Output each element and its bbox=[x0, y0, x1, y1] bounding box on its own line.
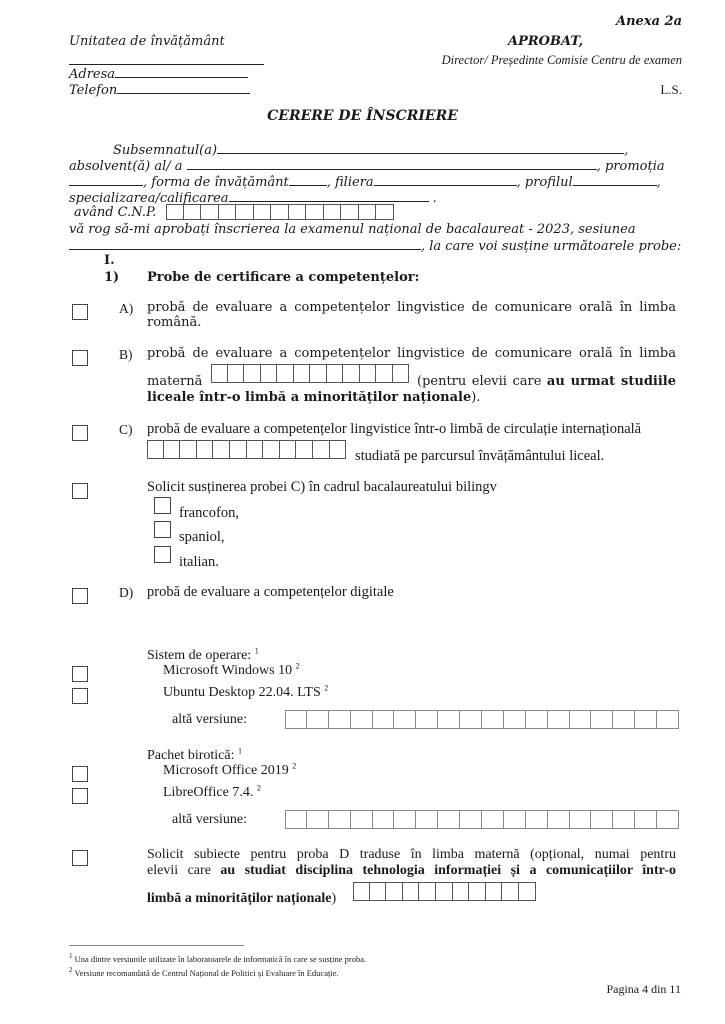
profile-field[interactable] bbox=[573, 174, 657, 186]
windows-label: Microsoft Windows 10 bbox=[163, 663, 292, 678]
char-box[interactable] bbox=[228, 364, 245, 383]
char-box[interactable] bbox=[526, 710, 548, 729]
education-form-label: , forma de învățământ bbox=[143, 175, 289, 190]
section-number: 1) bbox=[104, 270, 119, 285]
char-box[interactable] bbox=[373, 710, 395, 729]
char-box[interactable] bbox=[360, 364, 377, 383]
char-box[interactable] bbox=[184, 204, 202, 220]
ms-office-label: Microsoft Office 2019 bbox=[163, 763, 289, 778]
cnp-input[interactable] bbox=[166, 204, 394, 220]
char-box[interactable] bbox=[657, 710, 679, 729]
session-field[interactable] bbox=[69, 238, 421, 250]
char-box[interactable] bbox=[570, 810, 592, 829]
char-box[interactable] bbox=[289, 204, 307, 220]
char-box[interactable] bbox=[147, 440, 164, 459]
foreign-language-input[interactable] bbox=[147, 440, 346, 459]
option-francofon: francofon, bbox=[179, 505, 239, 522]
graduate-field[interactable] bbox=[187, 158, 597, 170]
translation-line2: elevii care au studiat disciplina tehnol… bbox=[147, 863, 676, 879]
char-box[interactable] bbox=[219, 204, 237, 220]
seal-label: L.S. bbox=[660, 82, 682, 98]
char-box[interactable] bbox=[635, 810, 657, 829]
translation-line1: Solicit subiecte pentru proba D traduse … bbox=[147, 847, 676, 863]
undersigned-label: Subsemnatul(a) bbox=[113, 143, 217, 158]
form-row: , forma de învățământ, filiera, profilul… bbox=[69, 174, 661, 190]
item-a-line1: probă de evaluare a competențelor lingvi… bbox=[147, 300, 676, 315]
translation-pre: elevii care bbox=[147, 863, 220, 878]
char-box[interactable] bbox=[327, 364, 344, 383]
char-box[interactable] bbox=[504, 810, 526, 829]
char-box[interactable] bbox=[482, 710, 504, 729]
char-box[interactable] bbox=[613, 810, 635, 829]
char-box[interactable] bbox=[263, 440, 280, 459]
footnote-1-mark: 1 bbox=[69, 952, 73, 960]
char-box[interactable] bbox=[635, 710, 657, 729]
os-label: Sistem de operare: 1 bbox=[147, 648, 259, 664]
char-box[interactable] bbox=[373, 810, 395, 829]
bilingual-text: Solicit susținerea probei C) în cadrul b… bbox=[147, 479, 497, 496]
char-box[interactable] bbox=[416, 710, 438, 729]
office-label: Pachet birotică: 1 bbox=[147, 748, 242, 764]
char-box[interactable] bbox=[403, 882, 420, 901]
ubuntu-footnote-ref: 2 bbox=[324, 683, 328, 692]
school-label: Unitatea de învățământ bbox=[69, 34, 225, 49]
char-box[interactable] bbox=[591, 710, 613, 729]
char-box[interactable] bbox=[230, 440, 247, 459]
track-label: , filiera bbox=[327, 175, 374, 190]
letter-d: D) bbox=[119, 585, 133, 601]
char-box[interactable] bbox=[285, 710, 307, 729]
address-row: Adresa bbox=[69, 66, 248, 82]
footnote-2-text: Versiune recomandată de Centrul Național… bbox=[74, 968, 338, 978]
libreoffice-footnote-ref: 2 bbox=[257, 783, 261, 792]
checkbox-c[interactable] bbox=[72, 425, 88, 441]
char-box[interactable] bbox=[351, 810, 373, 829]
page-number: Pagina 4 din 11 bbox=[606, 982, 681, 997]
checkbox-windows[interactable] bbox=[72, 666, 88, 682]
graduate-row: absolvent(ă) al/ a , promoția bbox=[69, 158, 665, 174]
graduate-label: absolvent(ă) al/ a bbox=[69, 159, 183, 174]
char-box[interactable] bbox=[164, 440, 181, 459]
section-heading: Probe de certificare a competențelor: bbox=[147, 270, 419, 285]
item-b-line1: probă de evaluare a competențelor lingvi… bbox=[147, 346, 676, 361]
checkbox-b[interactable] bbox=[72, 350, 88, 366]
char-box[interactable] bbox=[469, 882, 486, 901]
translation-language-input[interactable] bbox=[353, 882, 536, 901]
os-label-text: Sistem de operare: bbox=[147, 648, 251, 663]
char-box[interactable] bbox=[329, 710, 351, 729]
char-box[interactable] bbox=[376, 204, 394, 220]
char-box[interactable] bbox=[296, 440, 313, 459]
item-c-tail: studiată pe parcursul învățământului lic… bbox=[355, 448, 604, 465]
checkbox-ms-office[interactable] bbox=[72, 766, 88, 782]
item-b-line3: liceale într-o limbă a minorităților naț… bbox=[147, 390, 480, 405]
checkbox-d[interactable] bbox=[72, 588, 88, 604]
char-box[interactable] bbox=[419, 882, 436, 901]
checkbox-francofon[interactable] bbox=[154, 497, 171, 514]
char-box[interactable] bbox=[343, 364, 360, 383]
section-roman: I. bbox=[104, 253, 115, 268]
char-box[interactable] bbox=[313, 440, 330, 459]
office-other-label: altă versiune: bbox=[172, 812, 247, 828]
char-box[interactable] bbox=[370, 882, 387, 901]
school-field[interactable] bbox=[69, 64, 264, 65]
os-footnote-ref: 1 bbox=[255, 646, 259, 655]
translation-bold2: limbă a minorităților naționale bbox=[147, 891, 331, 906]
char-box[interactable] bbox=[394, 710, 416, 729]
footnote-2-mark: 2 bbox=[69, 966, 73, 974]
item-d-line1: probă de evaluare a competențelor digita… bbox=[147, 584, 394, 601]
specialization-field[interactable] bbox=[229, 190, 429, 202]
char-box[interactable] bbox=[353, 882, 370, 901]
maternal-language-input[interactable] bbox=[211, 364, 409, 383]
char-box[interactable] bbox=[436, 882, 453, 901]
char-box[interactable] bbox=[271, 204, 289, 220]
char-box[interactable] bbox=[277, 364, 294, 383]
checkbox-spaniol[interactable] bbox=[154, 521, 171, 538]
char-box[interactable] bbox=[438, 710, 460, 729]
session-row: , la care voi susține următoarele probe: bbox=[69, 238, 681, 254]
char-box[interactable] bbox=[280, 440, 297, 459]
translation-post: ) bbox=[331, 891, 336, 906]
promotion-label: , promoția bbox=[597, 159, 665, 174]
page-title: CERERE DE ÎNSCRIERE bbox=[0, 108, 725, 124]
char-box[interactable] bbox=[394, 810, 416, 829]
cnp-label: având C.N.P. bbox=[74, 205, 156, 220]
footnote-1-text: Una dintre versiunile utilizate în labor… bbox=[75, 954, 366, 964]
education-form-field[interactable] bbox=[289, 174, 327, 186]
footnote-1: 1 Una dintre versiunile utilizate în lab… bbox=[69, 952, 366, 964]
char-box[interactable] bbox=[324, 204, 342, 220]
char-box[interactable] bbox=[201, 204, 219, 220]
char-box[interactable] bbox=[504, 710, 526, 729]
char-box[interactable] bbox=[306, 204, 324, 220]
profile-label: , profilul bbox=[517, 175, 573, 190]
char-box[interactable] bbox=[460, 810, 482, 829]
char-box[interactable] bbox=[254, 204, 272, 220]
char-box[interactable] bbox=[247, 440, 264, 459]
char-box[interactable] bbox=[486, 882, 503, 901]
char-box[interactable] bbox=[213, 440, 230, 459]
translation-bold: au studiat disciplina tehnologia informa… bbox=[220, 863, 676, 878]
address-label: Adresa bbox=[69, 67, 115, 82]
os-option-ubuntu: Ubuntu Desktop 22.04. LTS 2 bbox=[163, 685, 328, 701]
phone-row: Telefon bbox=[69, 82, 250, 98]
char-box[interactable] bbox=[482, 810, 504, 829]
office-option-ms: Microsoft Office 2019 2 bbox=[163, 763, 296, 779]
annex-label: Anexa 2a bbox=[616, 14, 682, 29]
char-box[interactable] bbox=[294, 364, 311, 383]
phone-label: Telefon bbox=[69, 83, 117, 98]
char-box[interactable] bbox=[453, 882, 470, 901]
note-pre: (pentru elevii care bbox=[417, 374, 547, 389]
item-a-line2: română. bbox=[147, 315, 201, 330]
phone-field[interactable] bbox=[117, 82, 250, 94]
option-italian: italian. bbox=[179, 554, 219, 571]
char-box[interactable] bbox=[359, 204, 377, 220]
address-field[interactable] bbox=[115, 66, 248, 78]
char-box[interactable] bbox=[376, 364, 393, 383]
checkbox-bilingual[interactable] bbox=[72, 483, 88, 499]
checkbox-a[interactable] bbox=[72, 304, 88, 320]
char-box[interactable] bbox=[657, 810, 679, 829]
letter-b: B) bbox=[119, 347, 133, 363]
char-box[interactable] bbox=[211, 364, 228, 383]
office-other-input[interactable] bbox=[285, 810, 679, 829]
office-label-text: Pachet birotică: bbox=[147, 748, 234, 763]
undersigned-field[interactable] bbox=[217, 142, 624, 154]
char-box[interactable] bbox=[548, 810, 570, 829]
footnote-separator bbox=[69, 945, 244, 946]
request-tail: , la care voi susține următoarele probe: bbox=[421, 239, 681, 254]
char-box[interactable] bbox=[330, 440, 347, 459]
footnote-2: 2 Versiune recomandată de Centrul Națion… bbox=[69, 966, 339, 978]
office-option-libre: LibreOffice 7.4. 2 bbox=[163, 785, 261, 801]
char-box[interactable] bbox=[393, 364, 410, 383]
char-box[interactable] bbox=[526, 810, 548, 829]
note-bold2: liceale într-o limbă a minorităților naț… bbox=[147, 390, 471, 405]
char-box[interactable] bbox=[351, 710, 373, 729]
char-box[interactable] bbox=[548, 710, 570, 729]
char-box[interactable] bbox=[613, 710, 635, 729]
windows-footnote-ref: 2 bbox=[296, 661, 300, 670]
checkbox-libreoffice[interactable] bbox=[72, 788, 88, 804]
char-box[interactable] bbox=[329, 810, 351, 829]
undersigned-row: Subsemnatul(a), bbox=[113, 142, 628, 158]
ms-office-footnote-ref: 2 bbox=[292, 761, 296, 770]
char-box[interactable] bbox=[197, 440, 214, 459]
item-b-note: (pentru elevii care au urmat studiile bbox=[417, 374, 676, 389]
ubuntu-label: Ubuntu Desktop 22.04. LTS bbox=[163, 685, 321, 700]
item-c-line1: probă de evaluare a competențelor lingvi… bbox=[147, 421, 641, 438]
libreoffice-label: LibreOffice 7.4. bbox=[163, 785, 253, 800]
char-box[interactable] bbox=[502, 882, 519, 901]
os-option-windows: Microsoft Windows 10 2 bbox=[163, 663, 300, 679]
char-box[interactable] bbox=[285, 810, 307, 829]
office-footnote-ref: 1 bbox=[238, 746, 242, 755]
approved-label: APROBAT, bbox=[508, 34, 583, 49]
note-bold1: au urmat studiile bbox=[547, 374, 676, 389]
checkbox-italian[interactable] bbox=[154, 546, 171, 563]
char-box[interactable] bbox=[519, 882, 536, 901]
char-box[interactable] bbox=[261, 364, 278, 383]
char-box[interactable] bbox=[416, 810, 438, 829]
char-box[interactable] bbox=[244, 364, 261, 383]
approver-title: Director/ Președinte Comisie Centru de e… bbox=[442, 53, 682, 68]
request-text: vă rog să-mi aprobați înscrierea la exam… bbox=[69, 222, 681, 237]
os-other-label: altă versiune: bbox=[172, 712, 247, 728]
checkbox-translation[interactable] bbox=[72, 850, 88, 866]
char-box[interactable] bbox=[310, 364, 327, 383]
letter-c: C) bbox=[119, 422, 133, 438]
char-box[interactable] bbox=[460, 710, 482, 729]
char-box[interactable] bbox=[591, 810, 613, 829]
char-box[interactable] bbox=[307, 810, 329, 829]
checkbox-ubuntu[interactable] bbox=[72, 688, 88, 704]
char-box[interactable] bbox=[307, 710, 329, 729]
char-box[interactable] bbox=[166, 204, 184, 220]
char-box[interactable] bbox=[570, 710, 592, 729]
char-box[interactable] bbox=[438, 810, 460, 829]
translation-line3: limbă a minorităților naționale) bbox=[147, 891, 336, 907]
maternal-label: maternă bbox=[147, 374, 202, 389]
note-post: ). bbox=[471, 390, 480, 405]
char-box[interactable] bbox=[180, 440, 197, 459]
promotion-field[interactable] bbox=[69, 174, 143, 186]
char-box[interactable] bbox=[341, 204, 359, 220]
track-field[interactable] bbox=[374, 174, 517, 186]
char-box[interactable] bbox=[236, 204, 254, 220]
os-other-input[interactable] bbox=[285, 710, 679, 729]
char-box[interactable] bbox=[386, 882, 403, 901]
option-spaniol: spaniol, bbox=[179, 529, 225, 546]
letter-a: A) bbox=[119, 301, 133, 317]
